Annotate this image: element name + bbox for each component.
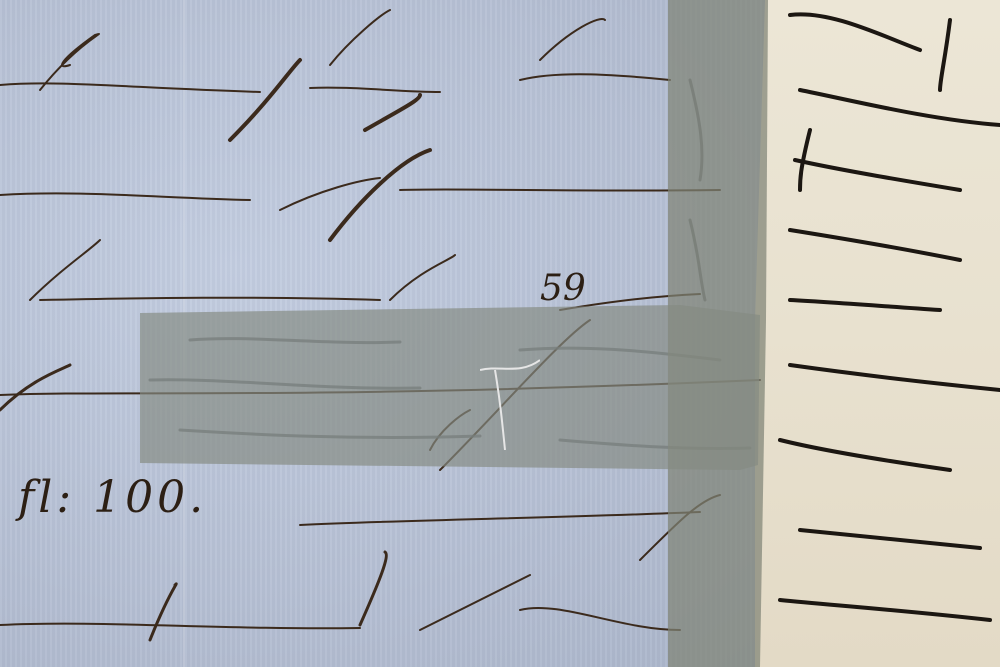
horizontal-tape-strip: [140, 305, 760, 470]
number-handwriting: 59: [540, 268, 586, 309]
amount-handwriting: fl: 100.: [18, 472, 207, 523]
black-handwriting: [780, 14, 1000, 620]
tape-crease: [480, 330, 540, 450]
